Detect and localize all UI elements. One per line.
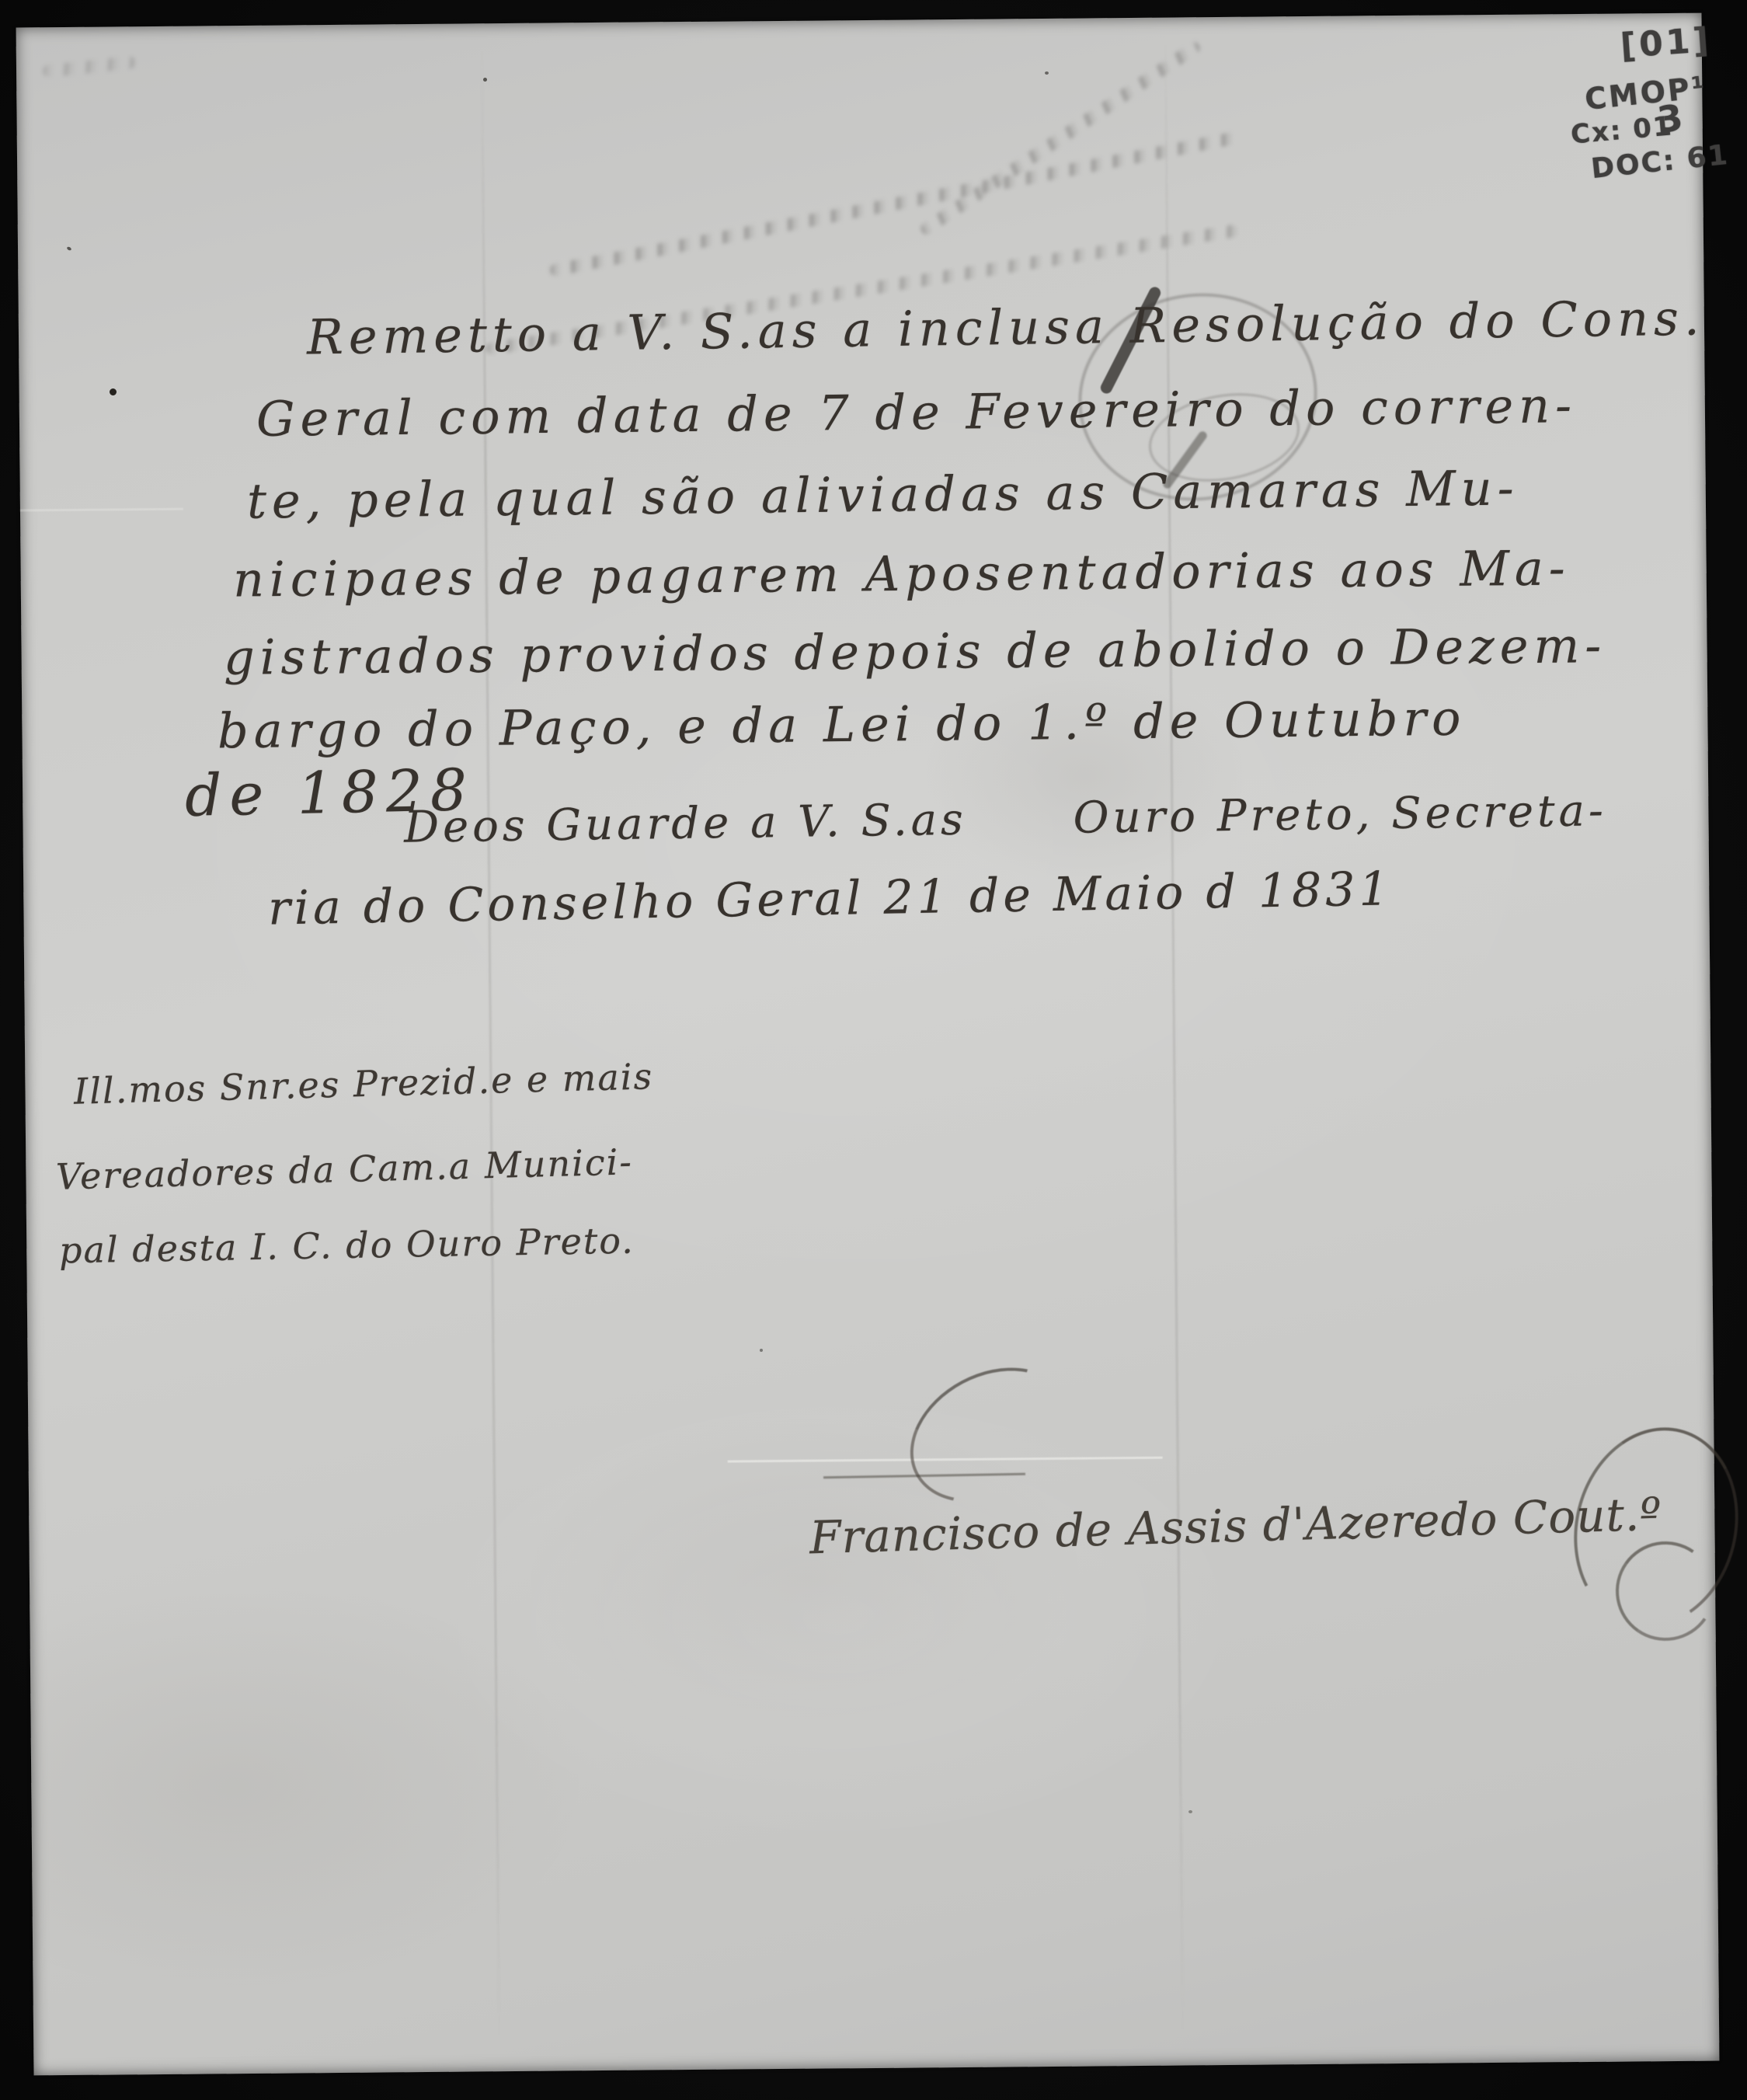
ink-speck: [760, 1349, 763, 1352]
ink-speck: [1188, 1810, 1192, 1813]
ink-speck: [1045, 71, 1049, 75]
paper-scratch: [20, 508, 183, 512]
archival-folio-mark: [01]: [1619, 20, 1713, 66]
letter-line: gistrados providos depois de abolido o D…: [224, 617, 1607, 686]
ink-speck: [483, 78, 487, 82]
ink-speck: [110, 388, 117, 395]
letter-line: nicipaes de pagarem Aposentadorias aos M…: [233, 539, 1571, 608]
